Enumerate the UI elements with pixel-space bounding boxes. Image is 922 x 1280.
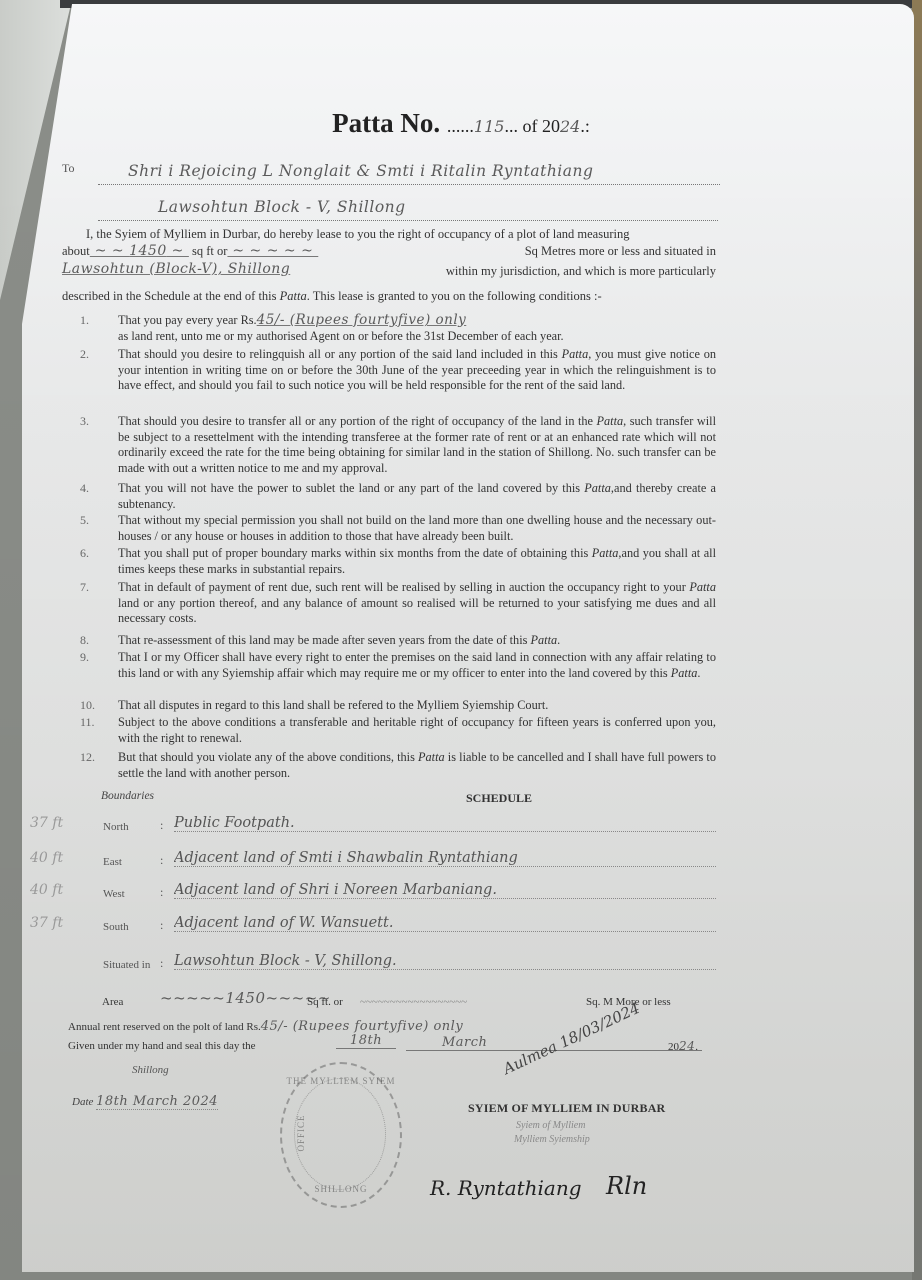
condition-number: 2. bbox=[80, 347, 110, 362]
annual-rent-label: Annual rent reserved on the polt of land… bbox=[68, 1021, 261, 1033]
preamble-line-4: described in the Schedule at the end of … bbox=[62, 289, 716, 304]
condition-number: 1. bbox=[80, 313, 110, 328]
condition-number: 4. bbox=[80, 481, 110, 496]
boundary-value: Lawsohtun Block - V, Shillong. bbox=[174, 953, 716, 970]
condition-number: 10. bbox=[80, 698, 110, 713]
colon: : bbox=[160, 818, 163, 833]
to-label: To bbox=[62, 161, 75, 176]
boundary-value: Adjacent land of W. Wansuett. bbox=[174, 915, 716, 932]
boundaries-label: Boundaries bbox=[101, 790, 154, 802]
page-title: Patta No. ......115... of 2024.: bbox=[0, 108, 922, 139]
given-day: 18th bbox=[336, 1033, 396, 1049]
preamble-line-1: I, the Syiem of Mylliem in Durbar, do he… bbox=[62, 227, 716, 242]
preamble-line-2: about ~ ~ 1450 ~ sq ft or ~ ~ ~ ~ ~ Sq M… bbox=[62, 244, 716, 259]
boundary-value: Adjacent land of Shri i Noreen Marbanian… bbox=[174, 882, 716, 899]
official-stamp-line-2: Mylliem Syiemship bbox=[514, 1134, 590, 1145]
colon: : bbox=[160, 918, 163, 933]
boundary-value: Public Footpath. bbox=[174, 815, 716, 832]
boundary-direction: West bbox=[103, 888, 125, 900]
condition-text: But that should you violate any of the a… bbox=[118, 750, 716, 781]
date-row: Date 18th March 2024 bbox=[72, 1094, 218, 1109]
given-date-row: Given under my hand and seal this day th… bbox=[68, 1039, 708, 1054]
seal-text-left: OFFICE bbox=[296, 1074, 306, 1192]
condition-number: 3. bbox=[80, 414, 110, 429]
given-year-prefix: 20 bbox=[668, 1041, 679, 1053]
condition-text: Subject to the above conditions a transf… bbox=[118, 715, 716, 746]
condition-number: 5. bbox=[80, 513, 110, 528]
condition-text-part: as land rent, unto me or my authorised A… bbox=[118, 329, 564, 343]
condition-text: That re-assessment of this land may be m… bbox=[118, 633, 716, 649]
condition-text: That should you desire to relingquish al… bbox=[118, 347, 716, 394]
condition-number: 6. bbox=[80, 546, 110, 561]
about-label: about bbox=[62, 244, 90, 258]
patta-word: Patta bbox=[280, 289, 307, 303]
official-title: SYIEM OF MYLLIEM IN DURBAR bbox=[468, 1101, 665, 1116]
date-value: 18th March 2024 bbox=[96, 1094, 218, 1110]
area-value-fill: ~~~~~1450~~~~~ bbox=[160, 991, 331, 1006]
sqft-label: sq ft or bbox=[192, 244, 227, 258]
boundary-length-note: 40 ft bbox=[30, 850, 63, 866]
boundary-direction: East bbox=[103, 856, 122, 868]
area-sqft: 1450 bbox=[225, 989, 265, 1007]
seal-text-bottom: SHILLONG bbox=[282, 1184, 400, 1194]
preamble-line-3: Lawsohtun (Block-V), Shillong within my … bbox=[62, 262, 716, 277]
schedule-title: SCHEDULE bbox=[466, 791, 532, 806]
condition-number: 8. bbox=[80, 633, 110, 648]
annual-rent-value: 45/- (Rupees fourtyfive) only bbox=[261, 1019, 463, 1034]
condition-text: That should you desire to transfer all o… bbox=[118, 414, 716, 476]
addressee-address: Lawsohtun Block - V, Shillong bbox=[158, 198, 406, 216]
title-of-year: of 20 bbox=[522, 116, 560, 136]
area-label: Area bbox=[102, 996, 123, 1008]
preamble-text-2: within my jurisdiction, and which is mor… bbox=[446, 264, 716, 279]
boundary-direction: South bbox=[103, 921, 129, 933]
official-stamp-line-1: Syiem of Mylliem bbox=[516, 1120, 585, 1131]
condition-number: 9. bbox=[80, 650, 110, 665]
colon: : bbox=[160, 956, 163, 971]
condition-text: That without my special permission you s… bbox=[118, 513, 716, 544]
date-label: Date bbox=[72, 1096, 93, 1108]
boundary-row: 40 ftEast:Adjacent land of Smti i Shawba… bbox=[30, 850, 720, 872]
boundary-row: 37 ftSouth:Adjacent land of W. Wansuett. bbox=[30, 915, 720, 937]
addressee-line-1: Shri i Rejoicing L Nonglait & Smti i Rit… bbox=[98, 160, 720, 185]
official-seal: THE MYLLIEM SYIEM OFFICE SHILLONG bbox=[280, 1062, 402, 1208]
patta-number: 115 bbox=[474, 117, 505, 136]
recipient-signature: R. Ryntathiang bbox=[430, 1176, 582, 1200]
condition-text: That you pay every year Rs.45/- (Rupees … bbox=[118, 313, 716, 344]
area-sqft-unit: Sq ft. or bbox=[307, 995, 343, 1010]
colon: : bbox=[160, 885, 163, 900]
boundary-row: 40 ftWest:Adjacent land of Shri i Noreen… bbox=[30, 882, 720, 904]
boundary-direction: Situated in bbox=[103, 959, 150, 971]
condition-text-part: That you pay every year Rs. bbox=[118, 313, 257, 327]
preamble-text-3b: . This lease is granted to you on the fo… bbox=[307, 289, 602, 303]
condition-number: 11. bbox=[80, 715, 110, 730]
condition-text: That you shall put of proper boundary ma… bbox=[118, 546, 716, 577]
colon: : bbox=[160, 853, 163, 868]
patta-year: 24 bbox=[560, 117, 580, 136]
addressee-name: Shri i Rejoicing L Nonglait & Smti i Rit… bbox=[128, 162, 593, 180]
condition-text: That you will not have the power to subl… bbox=[118, 481, 716, 512]
boundary-value: Adjacent land of Smti i Shawbalin Ryntat… bbox=[174, 850, 716, 867]
area-row: Area ~~~~~1450~~~~~ Sq ft. or ~~~~~~~~~~… bbox=[102, 995, 662, 1010]
boundary-direction: North bbox=[103, 821, 129, 833]
place-label: Shillong bbox=[132, 1064, 169, 1076]
area-sqft-value: 1450 bbox=[129, 243, 167, 259]
condition-number: 12. bbox=[80, 750, 110, 765]
addressee-line-2: Lawsohtun Block - V, Shillong bbox=[98, 196, 718, 221]
condition-number: 7. bbox=[80, 580, 110, 595]
boundary-length-note: 37 ft bbox=[30, 915, 63, 931]
given-label: Given under my hand and seal this day th… bbox=[68, 1040, 256, 1052]
rent-amount-fill: 45/- (Rupees fourtyfive) only bbox=[257, 313, 677, 329]
boundary-length-note: 37 ft bbox=[30, 815, 63, 831]
given-year: 24 bbox=[679, 1039, 695, 1053]
preamble-text-3a: described in the Schedule at the end of … bbox=[62, 289, 277, 303]
condition-text: That all disputes in regard to this land… bbox=[118, 698, 716, 714]
boundary-row: Situated in:Lawsohtun Block - V, Shillon… bbox=[30, 953, 720, 975]
title-prefix: Patta No. bbox=[332, 108, 440, 138]
boundary-row: 37 ftNorth:Public Footpath. bbox=[30, 815, 720, 837]
condition-text: That in default of payment of rent due, … bbox=[118, 580, 716, 627]
boundary-length-note: 40 ft bbox=[30, 882, 63, 898]
recipient-initials: Rln bbox=[606, 1172, 647, 1200]
location-value: Lawsohtun (Block-V), Shillong bbox=[62, 262, 318, 277]
sqm-text: Sq Metres more or less and situated in bbox=[525, 244, 716, 259]
condition-text: That I or my Officer shall have every ri… bbox=[118, 650, 716, 681]
